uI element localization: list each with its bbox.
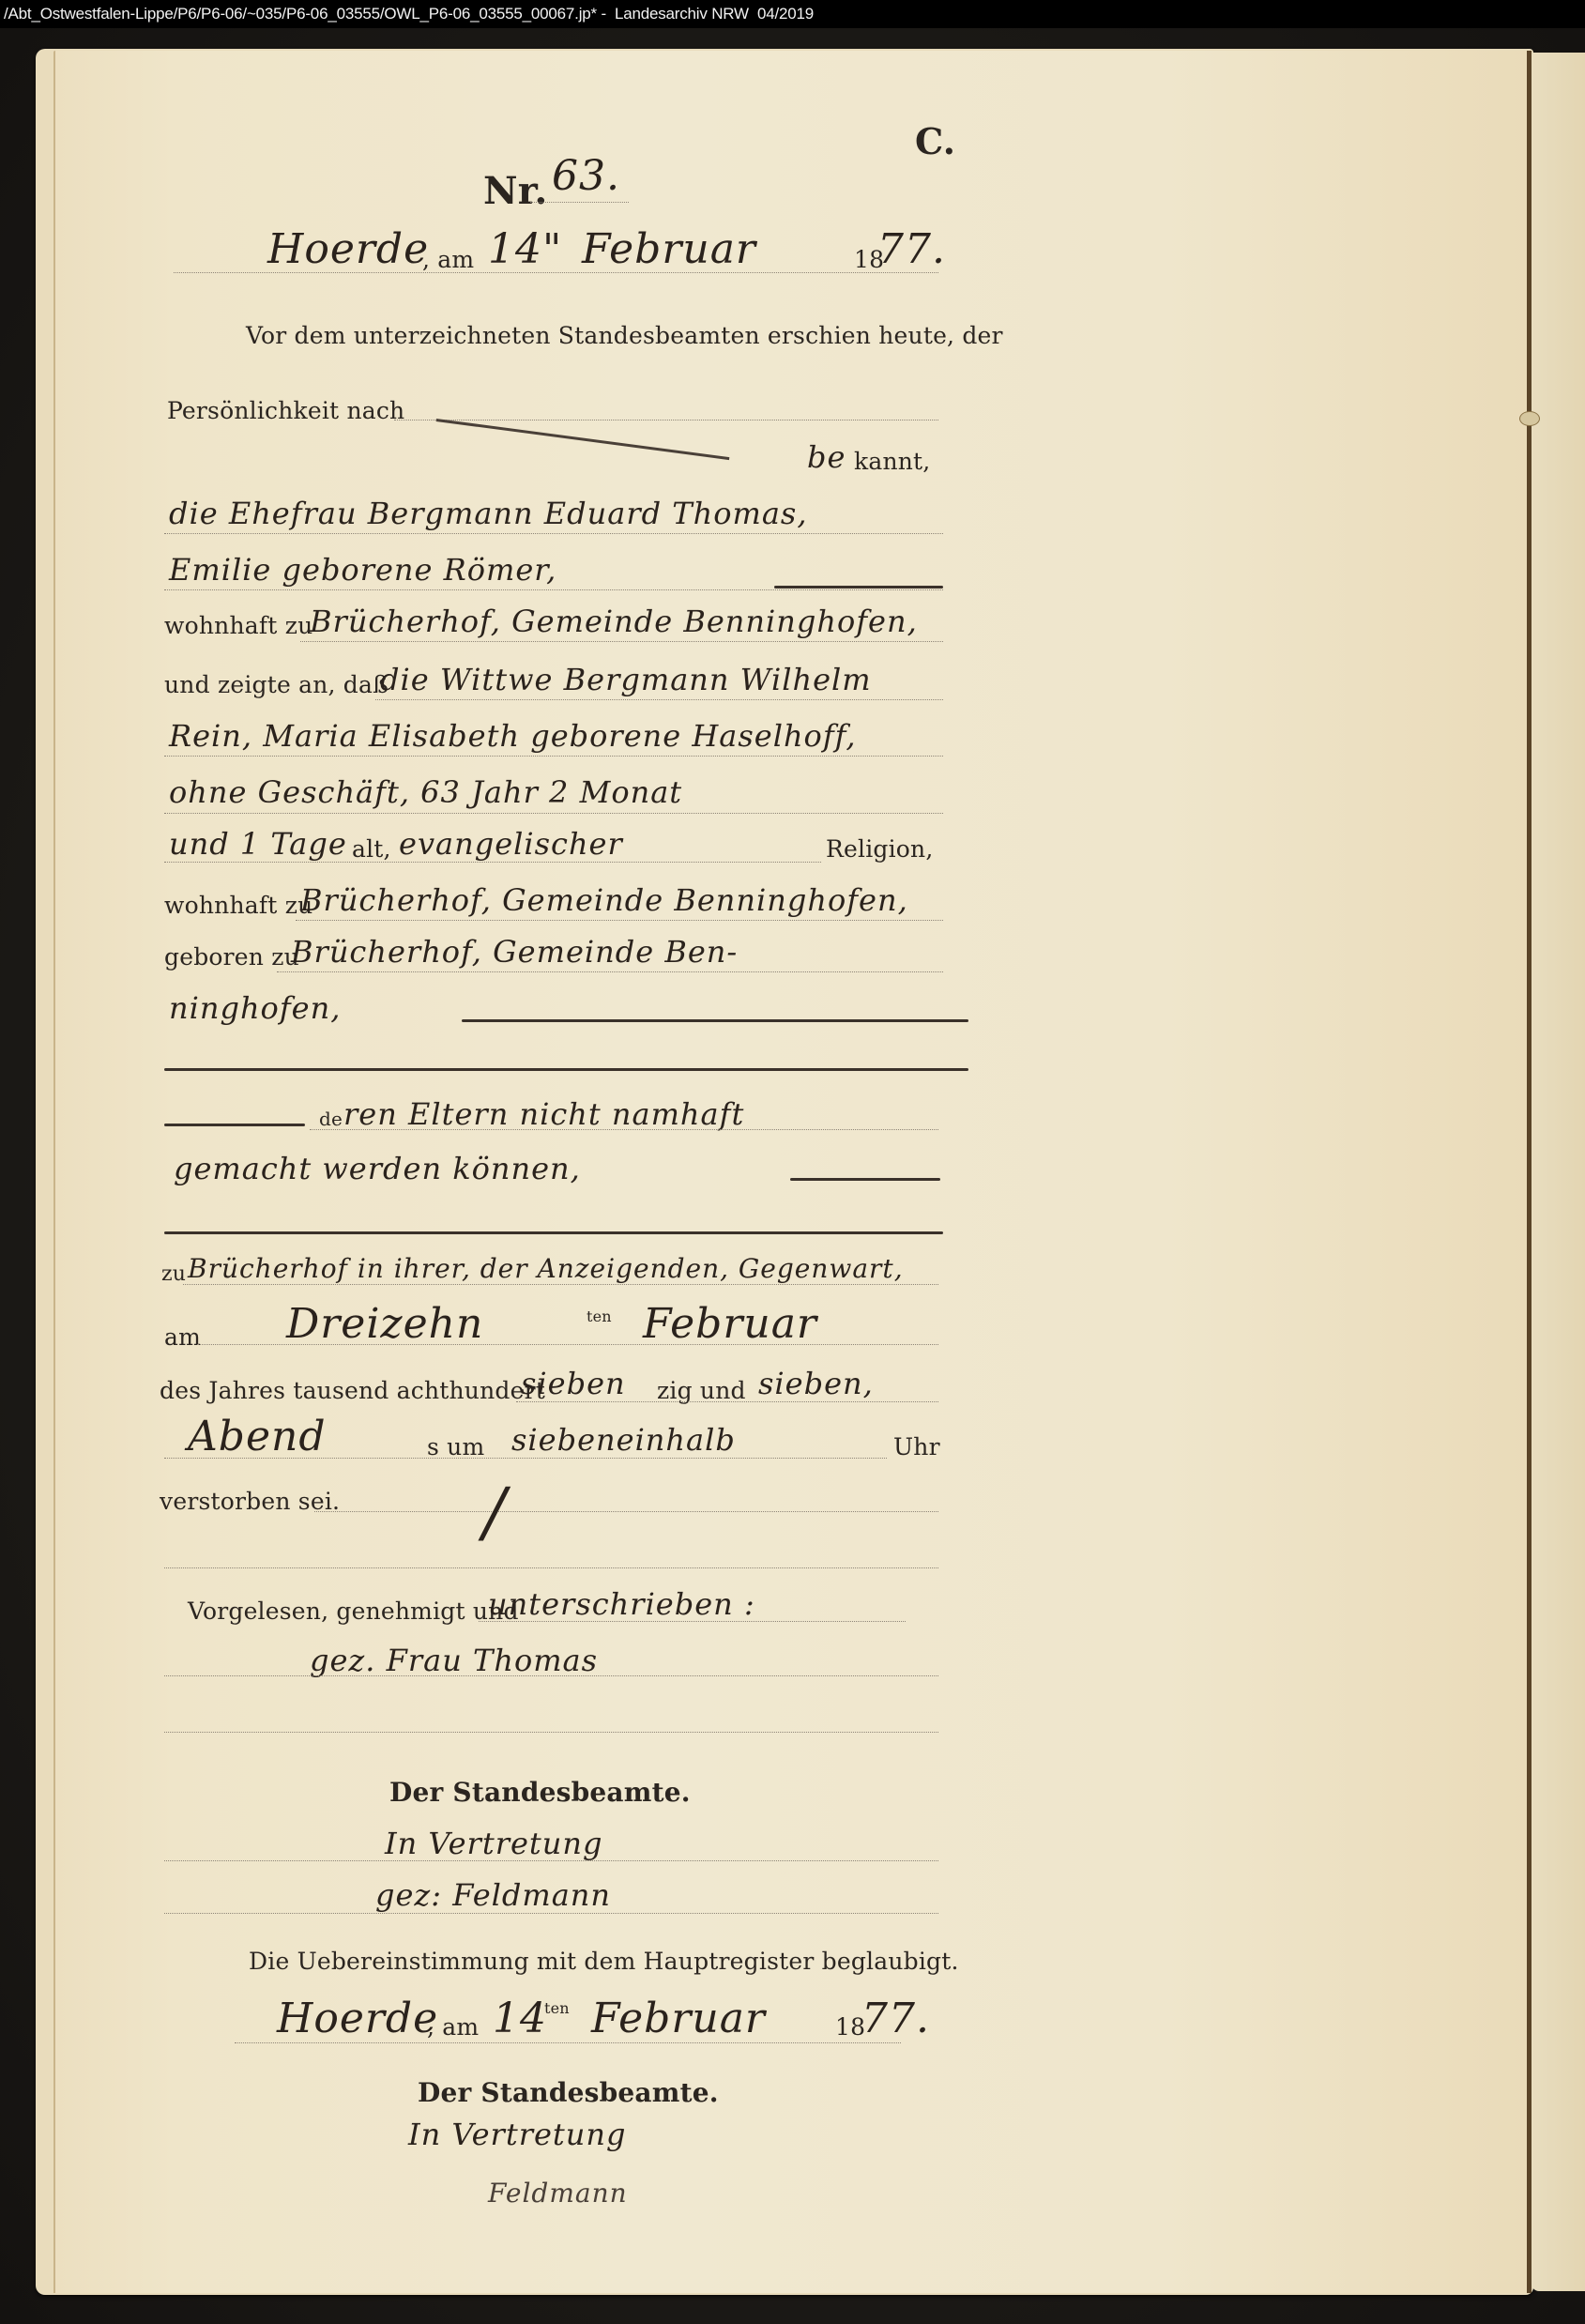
dotted-line (164, 756, 943, 757)
year-tens: sieben (521, 1366, 626, 1401)
dotted-line (164, 533, 943, 534)
time-of-day: Abend (188, 1413, 326, 1460)
death-date-label: am (164, 1323, 201, 1351)
year-suffix-handwritten: 77. (877, 225, 946, 273)
strike-glyph-a: / (483, 1474, 507, 1551)
cert-month: Februar (591, 1995, 766, 2042)
record-number-label: Nr. (483, 169, 548, 213)
fill-rule (462, 1019, 968, 1022)
death-place-label: zu (161, 1262, 186, 1286)
number-dotted-line (530, 202, 629, 203)
deceased-residence: Brücherhof, Gemeinde Benninghofen, (300, 882, 908, 918)
date-dotted-line (174, 272, 938, 273)
binding-thread-knot (1519, 411, 1540, 426)
dotted-line (183, 1284, 938, 1285)
identity-dotted-line (394, 420, 938, 420)
time-label-b: Uhr (893, 1433, 940, 1460)
parents-line-1: ren Eltern nicht namhaft (343, 1096, 744, 1132)
cert-signature: Feldmann (488, 2178, 628, 2209)
born-label: geboren zu (164, 943, 299, 971)
place-handwritten: Hoerde (267, 225, 429, 273)
dotted-line (310, 1129, 938, 1130)
year-units: sieben, (758, 1366, 874, 1401)
born-place-a: Brücherhof, Gemeinde Ben- (291, 934, 738, 970)
official-line-1: In Vertretung (385, 1826, 602, 1861)
deceased-line-1: die Wittwe Bergmann Wilhelm (380, 662, 872, 697)
dotted-line (516, 1401, 938, 1402)
time-label-a: s um (427, 1433, 484, 1460)
fill-rule (164, 1231, 943, 1234)
cert-day-suffix: ten (544, 1999, 570, 2017)
official-heading: Der Standesbeamte. (389, 1777, 691, 1808)
deceased-line-2: Rein, Maria Elisabeth geborene Haselhoff… (169, 718, 857, 754)
dotted-line (164, 862, 821, 863)
fill-rule (774, 586, 943, 589)
deceased-residence-label: wohnhaft zu (164, 892, 312, 919)
death-month: Februar (643, 1300, 817, 1348)
cert-day: 14 (493, 1995, 547, 2042)
adjacent-page (1532, 53, 1585, 2291)
closing-value: unterschrieben : (488, 1586, 755, 1622)
am-label: , am (422, 246, 474, 273)
year-label-a: des Jahres tausend achthundert (160, 1377, 545, 1404)
dotted-line (164, 589, 943, 590)
dotted-line (164, 1860, 938, 1861)
fill-rule (164, 1124, 305, 1126)
cert-year-suffix: 77. (861, 1995, 930, 2042)
death-day-suffix: ten (587, 1307, 612, 1325)
deceased-age-days: und 1 Tage (169, 826, 347, 862)
religion-label: Religion, (826, 835, 934, 863)
time-value: siebeneinhalb (511, 1422, 736, 1458)
window-title-bar: /Abt_Ostwestfalen-Lippe/P6/P6-06/~035/P6… (0, 0, 1585, 28)
section-letter: C. (915, 120, 955, 162)
identity-suffix: kannt, (854, 448, 930, 475)
death-place: Brücherhof in ihrer, der Anzeigenden, Ge… (188, 1253, 904, 1284)
age-label: alt, (352, 835, 391, 863)
month-handwritten: Februar (582, 225, 756, 273)
dotted-line (300, 641, 943, 642)
informant-line-2: Emilie geborene Römer, (169, 552, 556, 588)
official-line-2: gez: Feldmann (375, 1877, 611, 1913)
cert-line-1: In Vertretung (408, 2117, 626, 2152)
dotted-line (164, 813, 943, 814)
binding-gutter (1527, 51, 1532, 2293)
parents-prefix: de (319, 1108, 343, 1130)
born-place-b: ninghofen, (169, 990, 341, 1026)
dotted-line (164, 1567, 938, 1568)
parents-line-2: gemacht werden können, (174, 1151, 581, 1186)
dotted-line (164, 1458, 887, 1459)
announced-label: und zeigte an, daß (164, 671, 389, 698)
intro-text: Vor dem unterzeichneten Standesbeamten e… (246, 322, 1003, 349)
record-number-value: 63. (552, 152, 620, 200)
dotted-line (197, 1344, 938, 1345)
day-handwritten: 14" (488, 225, 562, 273)
identity-label: Persönlichkeit nach (167, 397, 404, 424)
dotted-line (314, 1511, 938, 1512)
identity-value: be (807, 439, 846, 475)
cert-heading: Der Standesbeamte. (418, 2077, 719, 2108)
fill-rule (164, 1068, 968, 1071)
dotted-line (479, 1621, 906, 1622)
cert-place: Hoerde (277, 1995, 438, 2042)
religion-value: evangelischer (399, 826, 623, 862)
died-label: verstorben sei. (160, 1488, 340, 1515)
informant-residence: Brücherhof, Gemeinde Benninghofen, (310, 604, 918, 639)
fill-rule (790, 1178, 940, 1181)
dotted-line (296, 920, 943, 921)
dotted-line (277, 971, 943, 972)
informant-signature: gez. Frau Thomas (310, 1643, 598, 1678)
closing-label: Vorgelesen, genehmigt und (188, 1598, 519, 1625)
informant-line-1: die Ehefrau Bergmann Eduard Thomas, (169, 496, 808, 531)
year-label-b: zig und (657, 1377, 746, 1404)
dotted-line (164, 1675, 938, 1676)
informant-residence-label: wohnhaft zu (164, 612, 312, 639)
dotted-line (375, 699, 943, 700)
deceased-line-3: ohne Geschäft, 63 Jahr 2 Monat (169, 774, 682, 810)
death-day: Dreizehn (286, 1300, 483, 1348)
dotted-line (235, 2042, 901, 2043)
cert-am-label: , am (427, 2013, 479, 2041)
dotted-line (164, 1913, 938, 1914)
dotted-line (164, 1732, 938, 1733)
certification-text: Die Uebereinstimmung mit dem Hauptregist… (249, 1948, 959, 1975)
